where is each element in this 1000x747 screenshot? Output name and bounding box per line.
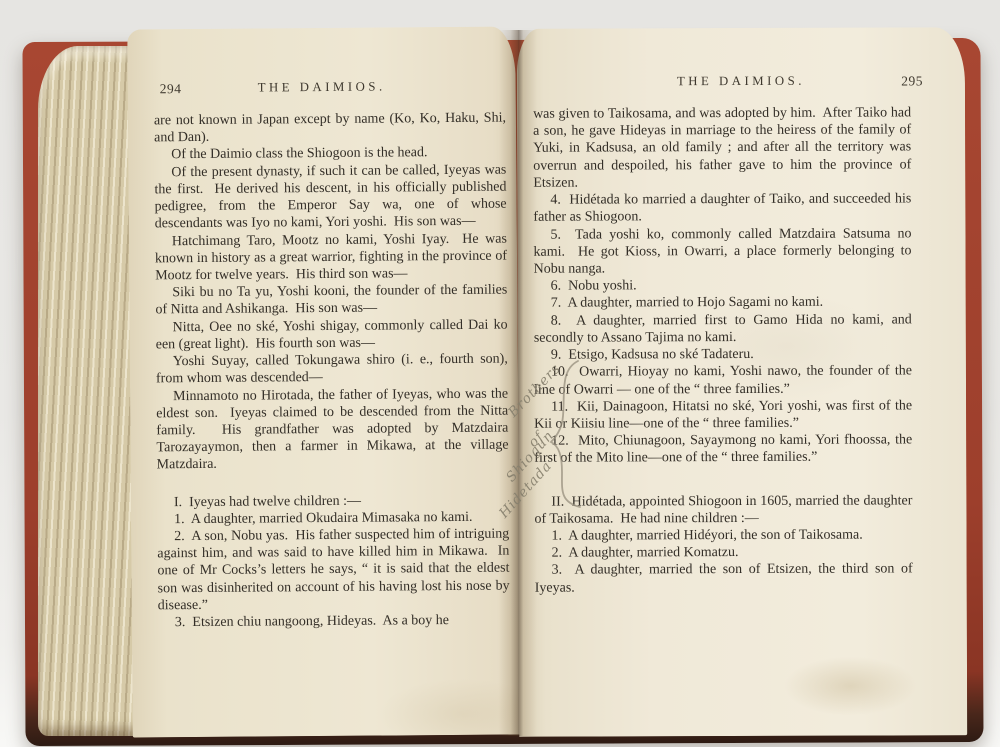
paragraph: Hatchimang Taro, Mootz no kami, Yoshi Iy…: [155, 230, 507, 284]
page-number-right: 295: [901, 73, 923, 89]
paragraph: Of the present dynasty, if such it can b…: [154, 161, 507, 233]
paragraph: 3. Etsizen chiu nangoong, Hideyas. As a …: [158, 612, 510, 632]
paragraph: 8. A daughter, married first to Gamo Hid…: [534, 311, 912, 347]
paragraph: 5. Tada yoshi ko, commonly called Matzda…: [533, 225, 911, 278]
running-title-left: THE DAIMIOS.: [128, 78, 516, 96]
right-page-header: THE DAIMIOS. 295: [517, 73, 965, 95]
photo-background: 294 THE DAIMIOS. are not known in Japan …: [0, 0, 1000, 747]
right-page-text: was given to Taikosama, and was adopted …: [533, 104, 913, 596]
paragraph: Minnamoto no Hirotada, the father of Iye…: [156, 385, 509, 474]
paragraph: Siki bu no Ta yu, Yoshi kooni, the found…: [155, 282, 507, 319]
left-page: 294 THE DAIMIOS. are not known in Japan …: [127, 26, 521, 737]
paragraph: 9. Etsigo, Kadsusa no ské Tadateru.: [534, 345, 912, 364]
right-page: THE DAIMIOS. 295 was given to Taikosama,…: [517, 27, 967, 737]
paragraph: was given to Taikosama, and was adopted …: [533, 104, 911, 191]
paragraph: are not known in Japan except by name (K…: [154, 110, 506, 147]
running-title-right: THE DAIMIOS.: [517, 73, 965, 90]
paragraph: 1. A daughter, married Hidéyori, the son…: [535, 526, 913, 545]
paragraph: 4. Hidétada ko married a daughter of Tai…: [533, 191, 911, 227]
paragraph: 11. Kii, Dainagoon, Hitatsi no ské, Yori…: [534, 397, 912, 433]
paragraph: II. Hidétada, appointed Shiogoon in 1605…: [534, 492, 912, 528]
paragraph: 2. A daughter, married Komatzu.: [535, 544, 913, 563]
paragraph: 12. Mito, Chiunagoon, Sayaymong no kami,…: [534, 432, 912, 468]
paragraph: Yoshi Suyay, called Tokungawa shiro (i. …: [156, 351, 508, 388]
paragraph: 10. Owarri, Hioyay no kami, Yoshi nawo, …: [534, 363, 912, 399]
page-number-left: 294: [160, 81, 182, 97]
left-page-text: are not known in Japan except by name (K…: [154, 110, 510, 632]
left-page-header: 294 THE DAIMIOS.: [128, 78, 516, 101]
paragraph: 6. Nobu yoshi.: [534, 277, 912, 296]
paragraph: 7. A daughter, married to Hojo Sagami no…: [534, 294, 912, 313]
paragraph: 3. A daughter, married the son of Etsize…: [535, 561, 913, 597]
paragraph: Nitta, Oee no ské, Yoshi shigay, commonl…: [155, 316, 507, 353]
paragraph: 2. A son, Nobu yas. His father suspected…: [157, 526, 510, 615]
